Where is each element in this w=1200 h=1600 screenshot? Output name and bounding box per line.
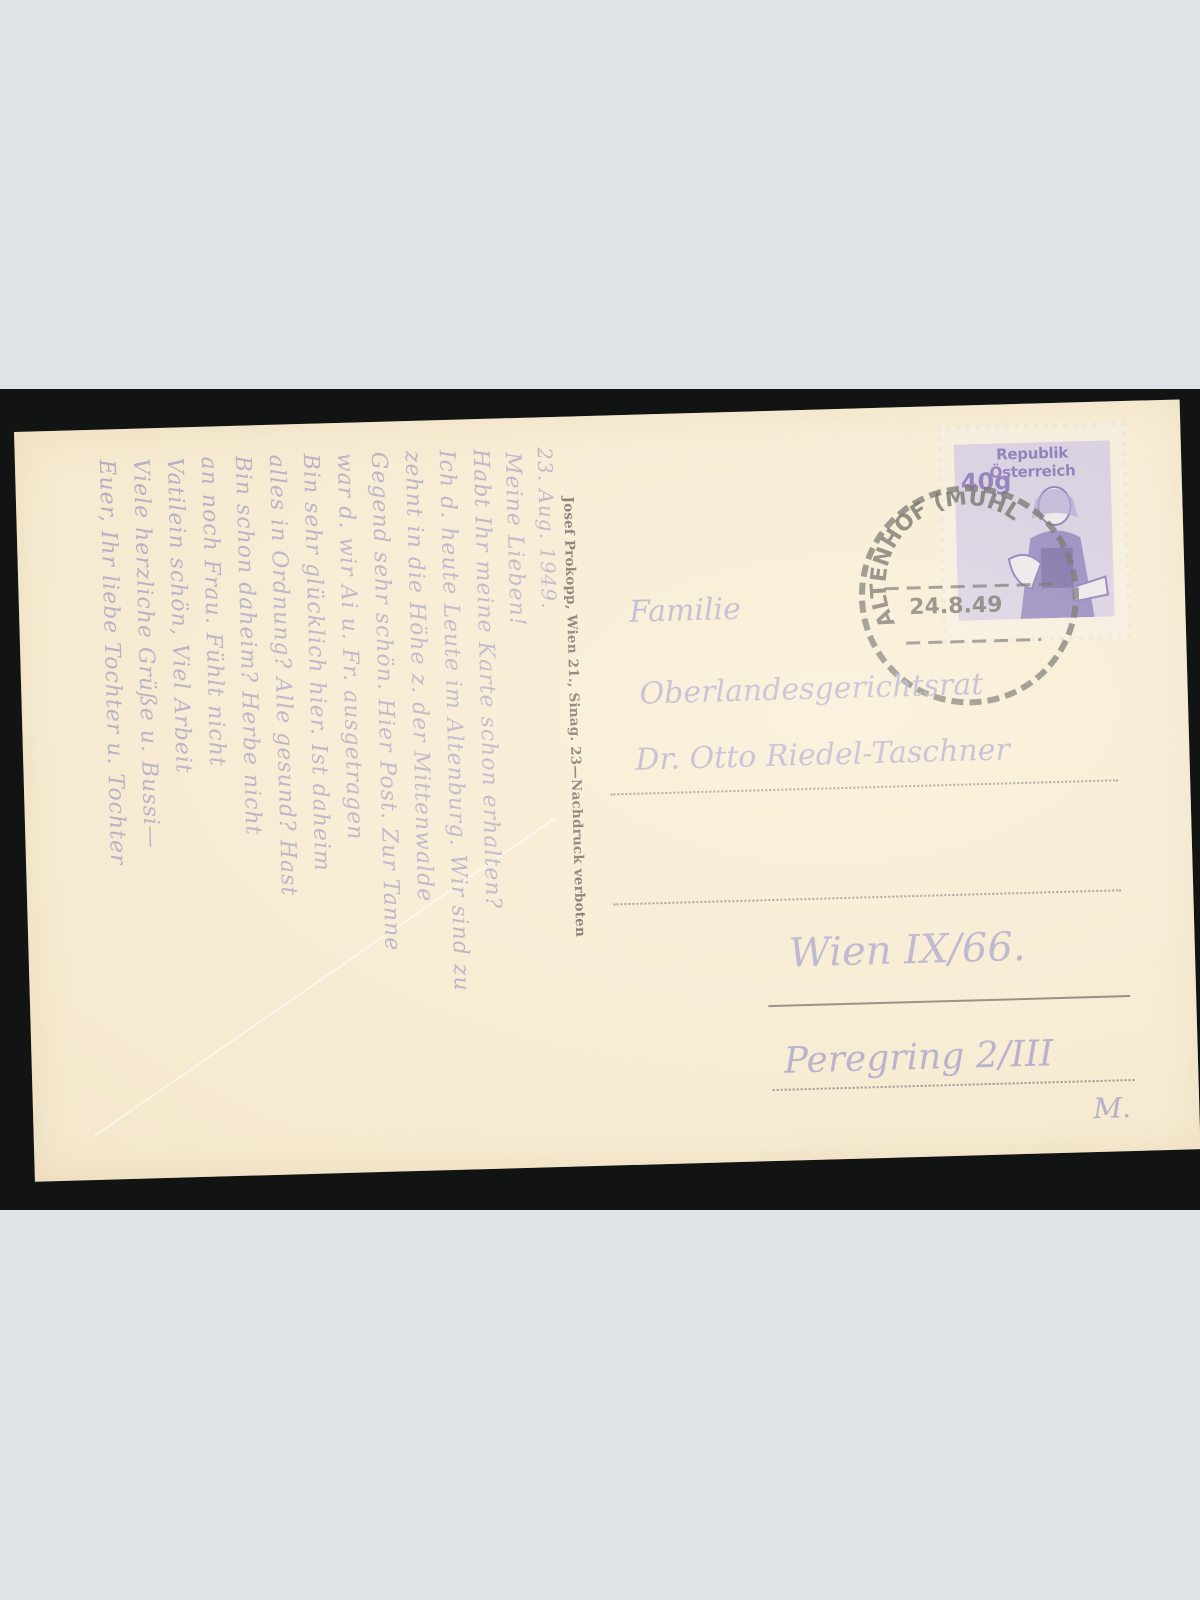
address-line-6: M. (1093, 1091, 1131, 1125)
message-line: Bin schon daheim? Herbe nicht (230, 455, 266, 836)
message-line: Habt Ihr meine Karte schon erhalten? (468, 449, 506, 910)
message-salutation: Meine Lieben! (500, 452, 530, 627)
message-line: an noch Frau. Fühlt nicht (196, 456, 230, 767)
message-line: Ich d. heute Leute im Altenburg. Wir sin… (434, 450, 474, 992)
address-line-4: Wien IX/66. (788, 924, 1026, 977)
postcard: 23. Aug. 1949. Meine Lieben! Habt Ihr me… (14, 399, 1200, 1181)
message-line: alles in Ordnung? Alle gesund? Hast (264, 454, 301, 896)
address-line-3: Dr. Otto Riedel-Taschner (635, 732, 1010, 777)
message-line: Vatilein schön, Viel Arbeit (162, 457, 196, 774)
address-rule (768, 995, 1130, 1007)
address-line-2: Oberlandesgerichtsrat (639, 667, 984, 712)
message-date: 23. Aug. 1949. (533, 447, 562, 610)
address-line-1: Familie (629, 592, 742, 630)
message-line: Euer, Ihr liebe Tochter u. Tochter (94, 459, 130, 866)
message-line: Bin sehr glücklich hier. Ist daheim (298, 453, 335, 872)
address-rule (613, 889, 1121, 905)
message-line: Viele herzliche Grüße u. Bussi— (128, 458, 164, 849)
message-line: Gegend sehr schön. Hier Post. Zur Tanne (366, 451, 405, 951)
address-rule (610, 779, 1118, 795)
handwritten-message: 23. Aug. 1949. Meine Lieben! Habt Ihr me… (45, 447, 584, 1161)
message-line: war d. wir Ai u. Fr. ausgetragen (332, 452, 368, 840)
address-rule (773, 1079, 1135, 1091)
message-line: zehnt in die Höhe z. der Mittenwalde (400, 451, 438, 903)
postmark-date: 24.8.49 (909, 592, 1003, 620)
address-line-5: Peregring 2/III (783, 1033, 1054, 1082)
